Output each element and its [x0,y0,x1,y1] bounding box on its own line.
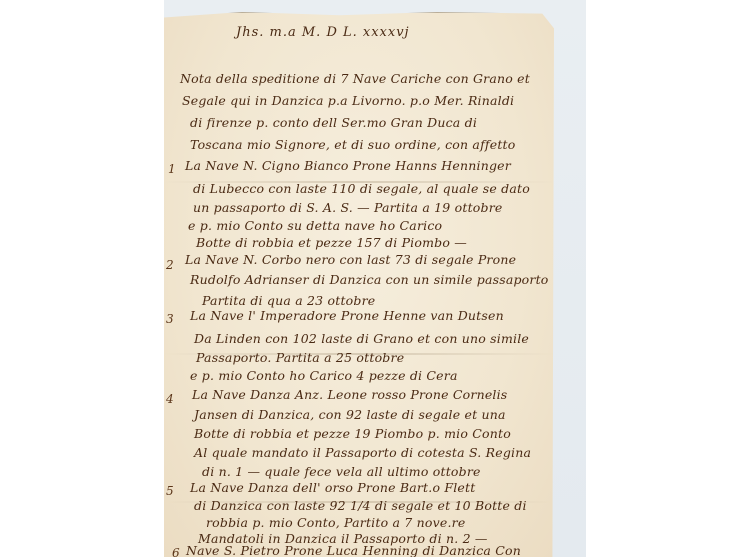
entry-line: La Nave N. Cigno Bianco Prone Hanns Henn… [185,158,511,173]
entry-line: Rudolfo Adrianser di Danzica con un simi… [190,272,549,287]
intro-line: Segale qui in Danzica p.a Livorno. p.o M… [182,93,514,108]
entry-line: Partita di qua a 23 ottobre [202,293,375,308]
entry-line: di Danzica con laste 92 1/4 di segale et… [194,498,527,513]
document-heading: Jhs. m.a M. D L. xxxxvj [236,25,410,40]
entry-number: 2 [166,258,174,272]
entry-line: Jansen di Danzica, con 92 laste di segal… [194,407,506,422]
entry-line: Nave S. Pietro Prone Luca Henning di Dan… [186,543,521,557]
intro-line: Toscana mio Signore, et di suo ordine, c… [190,137,516,152]
entry-number: 3 [166,312,174,326]
entry-line: Botte di robbia et pezze 19 Piombo p. mi… [194,426,511,441]
entry-number: 5 [166,484,174,498]
entry-line: La Nave Danza Anz. Leone rosso Prone Cor… [192,387,507,402]
entry-line: e p. mio Conto ho Carico 4 pezze di Cera [190,368,458,383]
intro-line: di firenze p. conto dell Ser.mo Gran Duc… [190,115,477,130]
entry-line: La Nave Danza dell' orso Prone Bart.o Fl… [190,480,475,495]
entry-line: Da Linden con 102 laste di Grano et con … [194,331,529,346]
entry-line: e p. mio Conto su detta nave ho Carico [188,218,442,233]
intro-line: Nota della speditione di 7 Nave Cariche … [180,71,530,86]
entry-number: 1 [168,162,176,176]
entry-line: Botte di robbia et pezze 157 di Piombo — [196,235,467,250]
entry-line: un passaporto di S. A. S. — Partita a 19… [193,200,503,215]
entry-number: 6 [172,546,180,557]
entry-line: Al quale mandato il Passaporto di cotest… [194,445,531,460]
entry-number: 4 [166,392,174,406]
entry-line: La Nave l' Imperadore Prone Henne van Du… [190,308,504,323]
entry-line: di n. 1 — quale fece vela all ultimo ott… [202,464,481,479]
entry-line: di Lubecco con laste 110 di segale, al q… [193,181,530,196]
entry-line: Passaporto. Partita a 25 ottobre [196,350,404,365]
entry-line: robbia p. mio Conto, Partito a 7 nove.re [206,515,465,530]
entry-line: La Nave N. Corbo nero con last 73 di seg… [185,252,516,267]
